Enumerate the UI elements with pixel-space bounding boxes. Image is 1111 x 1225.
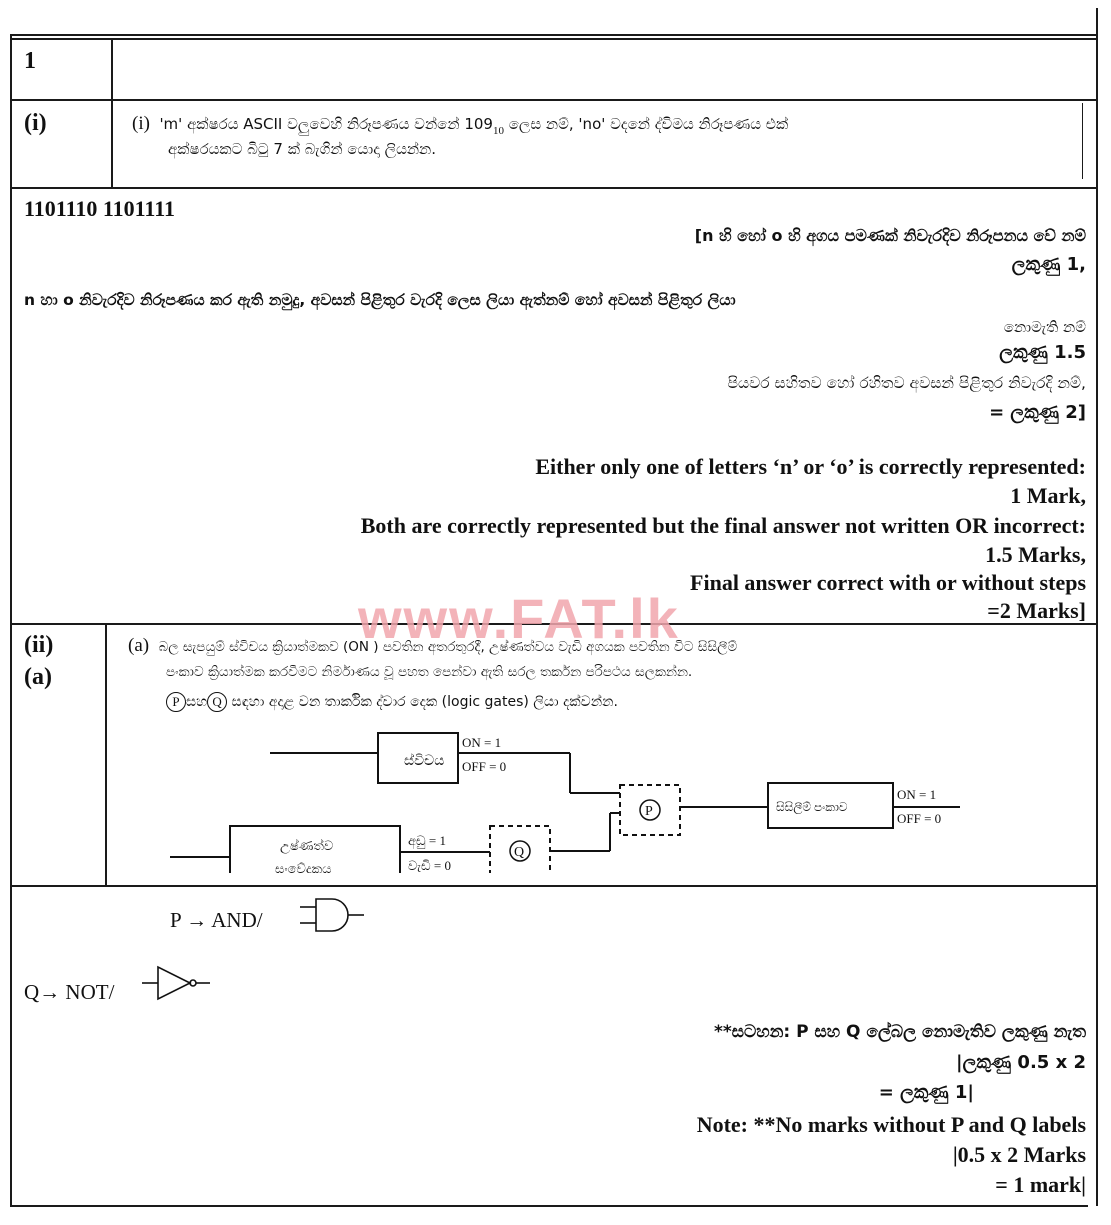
marking-line: පියවර සහිතව හෝ රහිතව අවසන් පිළිතුර නිවැර… — [727, 374, 1086, 393]
marking-line: Both are correctly represented but the f… — [361, 513, 1086, 539]
table-border — [10, 34, 12, 1206]
part-ii-a-label: (a) — [24, 664, 52, 691]
q-answer: Q→ NOT/ — [24, 980, 114, 1005]
switch-label: ස්විචය — [404, 753, 444, 769]
question-number: 1 — [24, 48, 36, 75]
marking-line: |0.5 x 2 Marks — [953, 1142, 1086, 1168]
sinhala-note: **සටහන: P සහ Q ලේබල නොමැතිව ලකුණු නැත — [714, 1022, 1086, 1042]
part-ii-question-line3: PසහQ සඳහා අදාළ වන තාර්කික ද්වාර දෙක (log… — [166, 692, 618, 712]
table-border — [10, 885, 1098, 887]
table-border — [10, 38, 1098, 40]
p-circle-label: P — [166, 692, 186, 712]
marking-scheme-sheet: 1 (i) (i) 'm' අක්ෂරය ASCII වලුවෙහි නිරූප… — [10, 8, 1098, 1208]
watermark: www.FAT.lk — [358, 586, 680, 651]
column-divider — [111, 38, 113, 188]
marking-line: [n හි හෝ o හි අගය පමණක් නිවැරදිව නිරූපනය… — [695, 226, 1086, 246]
sub-label: (i) — [132, 113, 150, 134]
marking-line: ලකුණු 1, — [1012, 254, 1086, 275]
marking-line: = ලකුණු 1| — [879, 1082, 974, 1103]
not-gate-icon — [140, 963, 220, 1003]
marking-line: නොමැති නම් — [1004, 318, 1086, 336]
switch-off-label: OFF = 0 — [462, 759, 506, 774]
marking-line: 1.5 Marks, — [985, 542, 1086, 568]
marking-line: n හා o නිවැරදිව නිරූපණය කර ඇති නමුදු, අව… — [24, 291, 736, 310]
answer-binary: 1101110 1101111 — [24, 196, 175, 222]
marking-line: 1 Mark, — [1010, 483, 1086, 509]
part-ii-label: (ii) — [24, 632, 53, 659]
marking-line: = 1 mark| — [995, 1172, 1086, 1198]
column-divider — [105, 623, 107, 885]
marking-line: = ලකුණු 2] — [989, 402, 1086, 423]
table-border — [10, 1205, 1088, 1207]
marking-line: =2 Marks] — [987, 598, 1086, 624]
table-border — [1096, 8, 1098, 1206]
part-i-question-line2: අක්ෂරයකට බිටු 7 ක් බැගින් යොදා ලියන්න. — [168, 140, 436, 158]
english-note: Note: **No marks without P and Q labels — [697, 1112, 1086, 1138]
table-border — [10, 187, 1098, 189]
marking-line: Final answer correct with or without ste… — [690, 570, 1086, 596]
sensor-label: උෂ්ණත්ව — [280, 838, 333, 854]
gate-p-label: P — [645, 804, 653, 819]
marking-line: |ලකුණු 0.5 x 2 — [956, 1052, 1086, 1073]
gate-q-label: Q — [514, 845, 524, 860]
logic-circuit-diagram: ස්විචය ON = 1 OFF = 0 උෂ්ණත්ව සංවේදකය අඩ… — [160, 723, 970, 873]
sensor-low-label: අඩු = 1 — [408, 833, 446, 849]
fan-label: සිසිලීම් පංකාව — [776, 800, 848, 815]
marking-line: Either only one of letters ‘n’ or ‘o’ is… — [535, 454, 1086, 480]
table-border — [10, 34, 1098, 36]
switch-on-label: ON = 1 — [462, 735, 501, 750]
column-divider — [1082, 103, 1083, 179]
part-i-label: (i) — [24, 110, 47, 137]
fan-on-label: ON = 1 — [897, 787, 936, 802]
table-border — [10, 99, 1098, 101]
p-answer: P → AND/ — [170, 908, 263, 933]
sensor-label: සංවේදකය — [275, 861, 332, 873]
marking-line: ලකුණු 1.5 — [999, 342, 1086, 363]
sensor-high-label: වැඩි = 0 — [408, 858, 451, 873]
q-circle-label: Q — [207, 692, 227, 712]
fan-off-label: OFF = 0 — [897, 811, 941, 826]
and-gate-icon — [298, 896, 368, 932]
sub-label: (a) — [128, 635, 149, 656]
part-ii-question-line2: පංකාව ක්‍රියාත්මක කරවීමට නිර්මාණය වූ පහත… — [166, 664, 692, 680]
